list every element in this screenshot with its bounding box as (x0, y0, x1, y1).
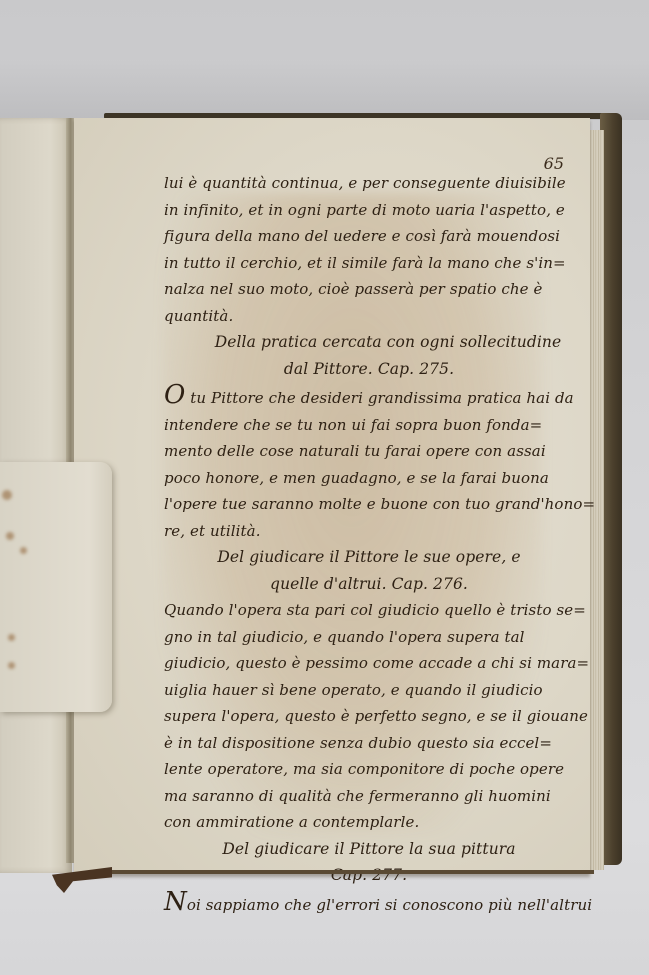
chapter-heading: dal Pittore. Cap. 275. (164, 356, 574, 383)
foxing-spot (6, 532, 14, 540)
text-line: O tu Pittore che desideri grandissima pr… (164, 382, 574, 412)
folded-paper-slip (0, 462, 112, 712)
chapter-heading: Del giudicare il Pittore la sua pittura (164, 836, 574, 863)
text-line: lui è quantità continua, e per conseguen… (164, 170, 574, 197)
text-line: in infinito, et in ogni parte di moto ua… (164, 197, 574, 224)
text-line: con ammiratione a contemplarle. (164, 809, 574, 836)
text-line: figura della mano del uedere e così farà… (164, 223, 574, 250)
chapter-heading: quelle d'altrui. Cap. 276. (164, 571, 574, 598)
foxing-spot (8, 662, 15, 669)
chapter-heading: Del giudicare il Pittore le sue opere, e (164, 544, 574, 571)
text-line: gno in tal giudicio, e quando l'opera su… (164, 624, 574, 651)
text-line: Noi sappiamo che gl'errori si conoscono … (164, 889, 574, 919)
manuscript-page: 65 lui è quantità continua, e per conseg… (74, 118, 590, 874)
chapter-heading: Cap. 277. (164, 862, 574, 889)
text-line: intendere che se tu non ui fai sopra buo… (164, 412, 574, 439)
manuscript-text: lui è quantità continua, e per conseguen… (164, 170, 574, 918)
text-line: mento delle cose naturali tu farai opere… (164, 438, 574, 465)
foxing-spot (2, 490, 12, 500)
text-line: in tutto il cerchio, et il simile farà l… (164, 250, 574, 277)
background-shadow (0, 60, 649, 120)
text-line: nalza nel suo moto, cioè passerà per spa… (164, 276, 574, 303)
text-line: poco honore, e men guadagno, e se la far… (164, 465, 574, 492)
chapter-heading: Della pratica cercata con ogni sollecitu… (164, 329, 574, 356)
text-line: l'opere tue saranno molte e buone con tu… (164, 491, 574, 518)
text-line: ma saranno di qualità che fermeranno gli… (164, 783, 574, 810)
text-line: Quando l'opera sta pari col giudicio que… (164, 597, 574, 624)
text-line: lente operatore, ma sia componitore di p… (164, 756, 574, 783)
text-line: uiglia hauer sì bene operato, e quando i… (164, 677, 574, 704)
cover-edge-bottom (104, 870, 594, 874)
text-line: è in tal dispositione senza dubio questo… (164, 730, 574, 757)
text-line: re, et utilità. (164, 518, 574, 545)
text-line: supera l'opera, questo è perfetto segno,… (164, 703, 574, 730)
text-line: giudicio, questo è pessimo come accade a… (164, 650, 574, 677)
foxing-spot (8, 634, 15, 641)
text-line: quantità. (164, 303, 574, 330)
foxing-spot (20, 547, 27, 554)
